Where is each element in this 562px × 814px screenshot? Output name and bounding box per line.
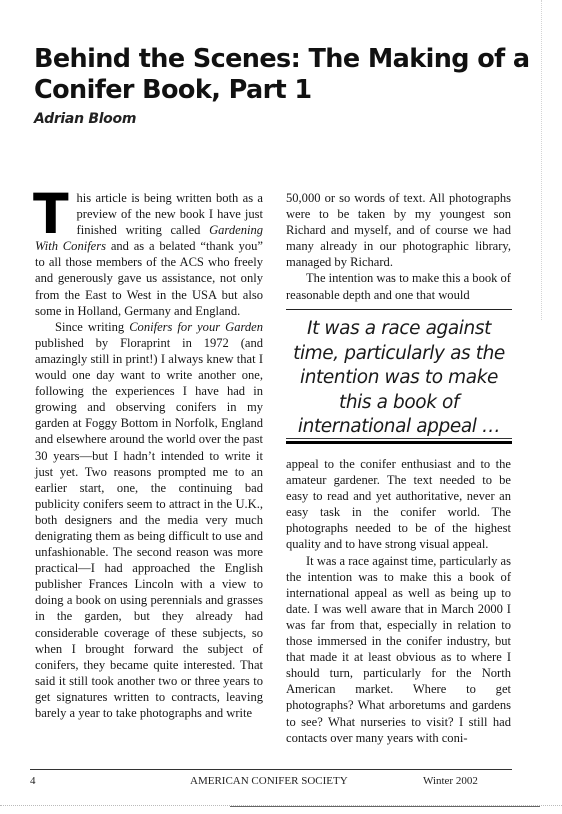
magazine-page: Behind the Scenes: The Making of a Conif… — [0, 0, 562, 814]
pull-quote-bottom-thin-rule — [286, 438, 512, 439]
article-author: Adrian Bloom — [34, 111, 136, 127]
publication-name: AMERICAN CONIFER SOCIETY — [190, 775, 348, 787]
pull-quote-bottom-thick-rule — [286, 441, 512, 444]
paragraph-text: Since writing — [55, 320, 129, 334]
book-title-italic: Conifers for your Garden — [129, 320, 263, 334]
paragraph-6: It was a race against time, particularly… — [286, 553, 511, 746]
paragraph-3: 50,000 or so words of text. All photogra… — [286, 190, 511, 270]
pull-quote: It was a race against time, particularly… — [286, 317, 512, 440]
paragraph-4: The intention was to make this a book of… — [286, 270, 511, 302]
pull-quote-top-rule — [286, 309, 512, 310]
left-column: This article is being written both as a … — [35, 190, 263, 721]
paragraph-text: published by Floraprint in 1972 (and ama… — [35, 336, 263, 720]
footer-rule — [30, 769, 512, 770]
paragraph-2: Since writing Conifers for your Garden p… — [35, 319, 263, 721]
right-column-top: 50,000 or so words of text. All photogra… — [286, 190, 511, 303]
scan-edge-artifact — [541, 0, 542, 320]
scan-bottom-edge — [230, 806, 540, 807]
drop-cap: T — [33, 192, 69, 236]
page-number: 4 — [30, 775, 36, 787]
right-column-bottom: appeal to the conifer enthusiast and to … — [286, 456, 511, 746]
issue-date: Winter 2002 — [423, 775, 478, 787]
paragraph-5: appeal to the conifer enthusiast and to … — [286, 456, 511, 553]
article-title: Behind the Scenes: The Making of a Conif… — [34, 44, 534, 106]
paragraph-1: This article is being written both as a … — [35, 190, 263, 319]
